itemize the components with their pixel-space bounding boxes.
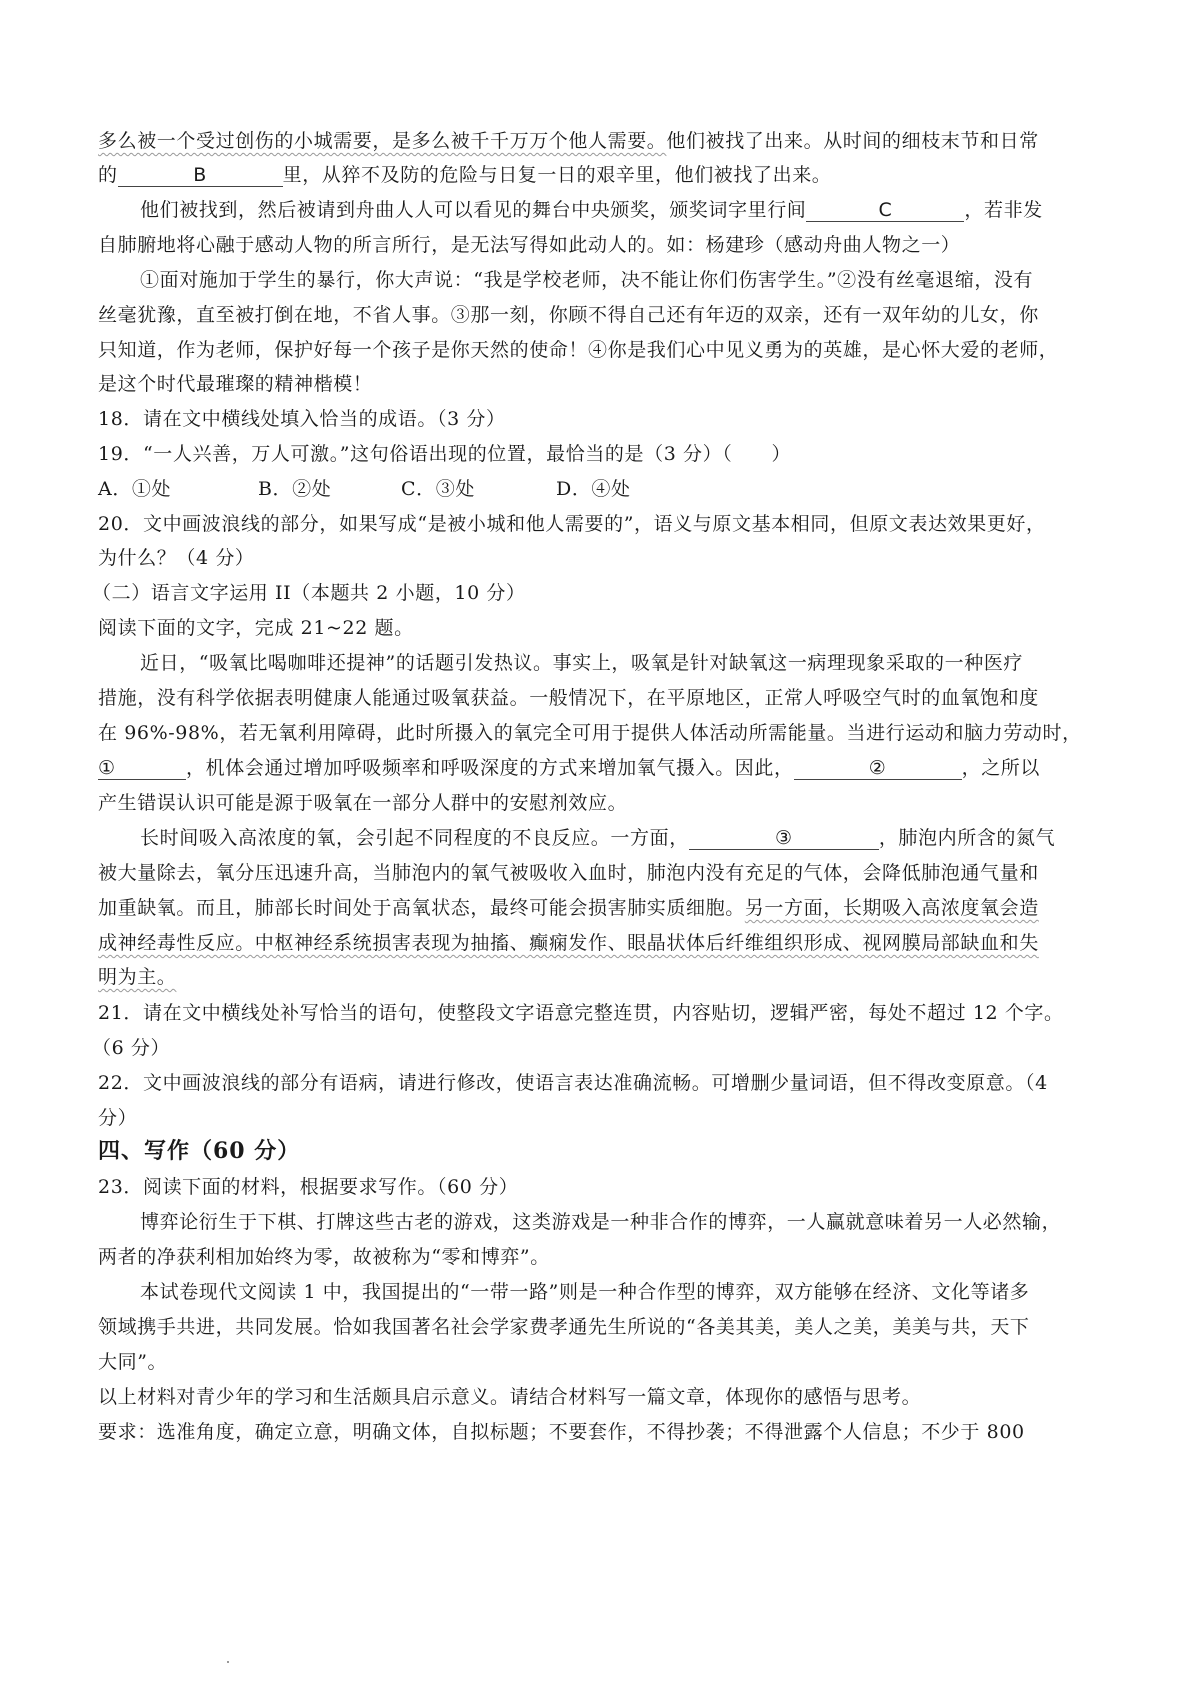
wavy-underlined-text: 成神经毒性反应。中枢神经系统损害表现为抽搐、癫痫发作、眼晶状体后纤维组织形成、视… — [98, 932, 1039, 954]
writing-heading: 四、写作（60 分） — [98, 1138, 300, 1164]
passage-line: 他们被找到，然后被请到舟曲人人可以看见的舞台中央颁奖，颁奖词字里行间C，若非发 — [140, 197, 1043, 223]
question-22-cont: 分） — [98, 1105, 137, 1131]
passage-line: 自肺腑地将心融于感动人物的所言所行，是无法写得如此动人的。如：杨建珍（感动舟曲人… — [98, 232, 960, 258]
wavy-underlined-text: 多么被一个受过创伤的小城需要，是多么被千千万万个他人需要。 — [98, 130, 666, 152]
question-21-cont: （6 分） — [92, 1035, 170, 1061]
option-c: C．③处 — [401, 476, 556, 502]
material-line: 两者的净获利相加始终为零，故被称为“零和博弈”。 — [98, 1244, 550, 1270]
passage-line: 多么被一个受过创伤的小城需要，是多么被千千万万个他人需要。他们被找了出来。从时间… — [98, 128, 1039, 154]
wavy-underlined-text: 另一方面，长期吸入高浓度氧会造 — [745, 897, 1039, 919]
question-19-options: A．①处B．②处C．③处D．④处 — [98, 476, 631, 502]
passage-line: ①，机体会通过增加呼吸频率和呼吸深度的方式来增加氧气摄入。因此，②，之所以 — [98, 755, 1040, 781]
question-20: 20．文中画波浪线的部分，如果写成“是被小城和他人需要的”，语义与原文基本相同，… — [98, 511, 1046, 537]
passage-line: 成神经毒性反应。中枢神经系统损害表现为抽搐、癫痫发作、眼晶状体后纤维组织形成、视… — [98, 930, 1039, 956]
option-b: B．②处 — [258, 476, 401, 502]
passage-line: 产生错误认识可能是源于吸氧在一部分人群中的安慰剂效应。 — [98, 790, 627, 816]
question-22: 22．文中画波浪线的部分有语病，请进行修改，使语言表达准确流畅。可增删少量词语，… — [98, 1070, 1048, 1096]
option-a: A．①处 — [98, 476, 258, 502]
passage-line: 加重缺氧。而且，肺部长时间处于高氧状态，最终可能会损害肺实质细胞。另一方面，长期… — [98, 895, 1039, 921]
blank-c: C — [806, 199, 964, 222]
passage-line: 措施，没有科学依据表明健康人能通过吸氧获益。一般情况下，在平原地区，正常人呼吸空… — [98, 685, 1039, 711]
writing-requirements: 要求：选准角度，确定立意，明确文体，自拟标题；不要套作，不得抄袭；不得泄露个人信… — [98, 1419, 1025, 1445]
passage-line: 在 96%-98%，若无氧利用障碍，此时所摄入的氧完全可用于提供人体活动所需能量… — [98, 720, 1082, 746]
question-21: 21．请在文中横线处补写恰当的语句，使整段文字语意完整连贯，内容贴切，逻辑严密，… — [98, 1000, 1064, 1026]
question-19: 19．“一人兴善，万人可激。”这句俗语出现的位置，最恰当的是（3 分）（ ） — [98, 441, 791, 467]
passage-line: 长时间吸入高浓度的氧，会引起不同程度的不良反应。一方面，③，肺泡内所含的氮气 — [140, 825, 1055, 851]
blank-3: ③ — [689, 827, 879, 850]
passage-line: 近日，“吸氧比喝咖啡还提神”的话题引发热议。事实上，吸氧是针对缺氧这一病理现象采… — [140, 650, 1023, 676]
passage-line: 是这个时代最璀璨的精神楷模！ — [98, 371, 372, 397]
page-mark — [227, 1661, 229, 1663]
material-line: 博弈论衍生于下棋、打牌这些古老的游戏，这类游戏是一种非合作的博弈，一人赢就意味着… — [140, 1209, 1061, 1235]
section-heading: （二）语言文字运用 II（本题共 2 小题，10 分） — [92, 580, 526, 606]
instruction: 阅读下面的文字，完成 21~22 题。 — [98, 615, 414, 641]
material-line: 本试卷现代文阅读 1 中，我国提出的“一带一路”则是一种合作型的博弈，双方能够在… — [140, 1279, 1029, 1305]
question-18: 18．请在文中横线处填入恰当的成语。（3 分） — [98, 406, 506, 432]
passage-line: 的B里，从猝不及防的危险与日复一日的艰辛里，他们被找了出来。 — [98, 162, 831, 188]
material-line: 大同”。 — [98, 1349, 167, 1375]
passage-line: 被大量除去，氧分压迅速升高，当肺泡内的氧气被吸收入血时，肺泡内没有充足的气体，会… — [98, 860, 1039, 886]
option-d: D．④处 — [556, 476, 631, 502]
passage-line: 丝毫犹豫，直至被打倒在地，不省人事。③那一刻，你顾不得自己还有年迈的双亲，还有一… — [98, 302, 1039, 328]
exam-page: 多么被一个受过创伤的小城需要，是多么被千千万万个他人需要。他们被找了出来。从时间… — [0, 0, 1200, 1698]
blank-2: ② — [794, 757, 962, 780]
blank-1: ① — [98, 757, 186, 780]
wavy-underlined-text: 明为主。 — [98, 966, 176, 988]
passage-line: 明为主。 — [98, 964, 176, 990]
material-line: 领域携手共进，共同发展。恰如我国著名社会学家费孝通先生所说的“各美其美，美人之美… — [98, 1314, 1030, 1340]
passage-line: ①面对施加于学生的暴行，你大声说：“我是学校老师，决不能让你们伤害学生。”②没有… — [140, 267, 1033, 293]
blank-b: B — [118, 164, 283, 187]
passage-line: 只知道，作为老师，保护好每一个孩子是你天然的使命！④你是我们心中见义勇为的英雄，… — [98, 337, 1058, 363]
writing-prompt: 以上材料对青少年的学习和生活颇具启示意义。请结合材料写一篇文章，体现你的感悟与思… — [98, 1384, 921, 1410]
question-23: 23．阅读下面的材料，根据要求写作。（60 分） — [98, 1174, 518, 1200]
question-20-cont: 为什么？（4 分） — [98, 545, 255, 571]
